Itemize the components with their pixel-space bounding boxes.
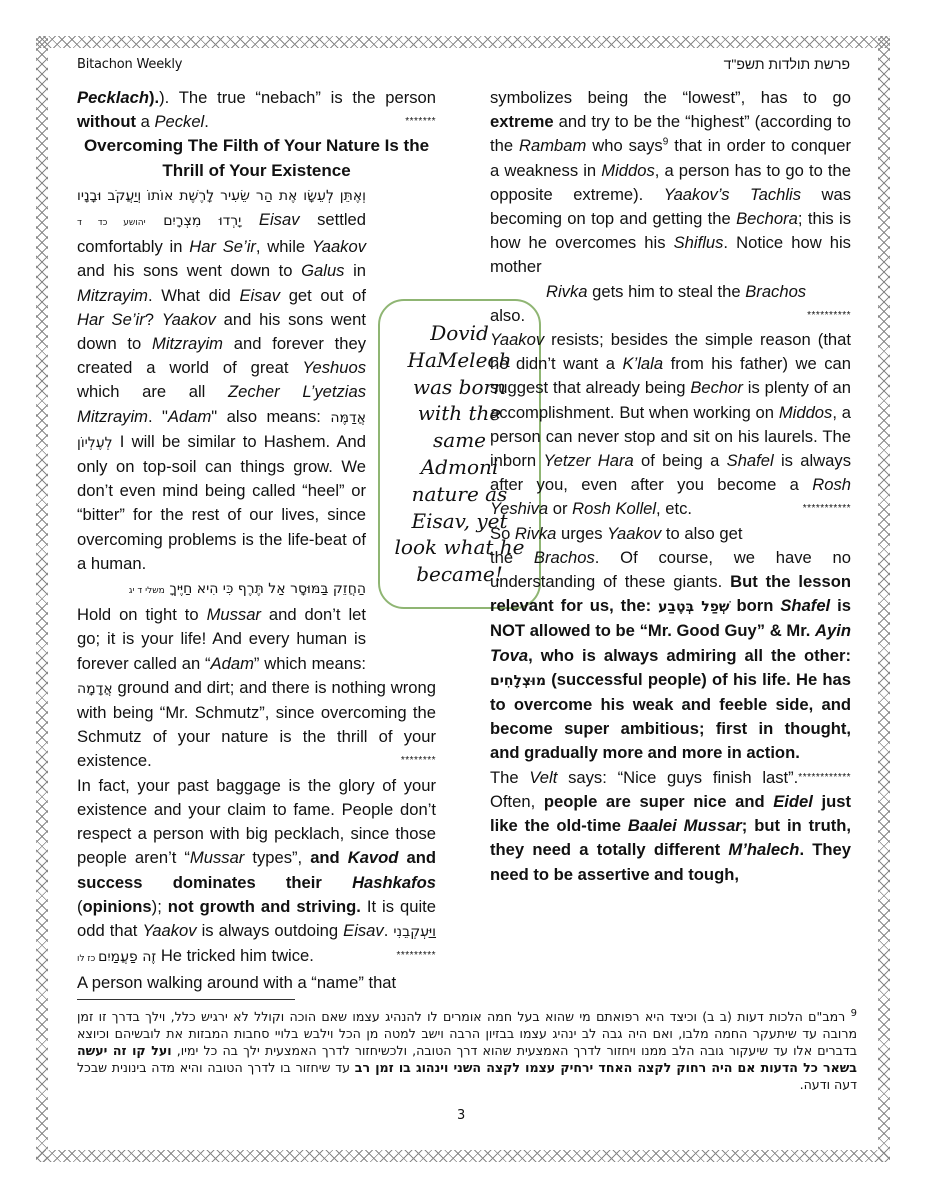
right-column: symbolizes being the “lowest”, has to go… <box>490 86 851 887</box>
page-number: 3 <box>457 1108 465 1123</box>
hebrew-source: יהושע כד ד <box>77 218 146 228</box>
section-heading: Overcoming The Filth of Your Nature Is t… <box>77 134 436 182</box>
section-separator: ******** <box>401 749 436 773</box>
section-separator: ********** <box>807 304 851 328</box>
paragraph: the Brachos. Of course, we have no under… <box>490 546 851 766</box>
section-separator: ******* <box>405 110 436 134</box>
paragraph-wrapped: Rivka gets him to steal the Brachos <box>546 280 851 304</box>
paragraph: symbolizes being the “lowest”, has to go… <box>490 86 851 280</box>
section-separator: ********* <box>396 944 436 968</box>
section-separator: *********** <box>803 497 851 521</box>
newsletter-title: Bitachon Weekly <box>77 57 182 72</box>
paragraph-wrapped: Yaakov resists; besides the simple reaso… <box>490 328 851 522</box>
parsha-title: פרשת תולדות תשפ"ד <box>724 56 850 72</box>
paragraph: Hold on tight to Mussar and don’t let go… <box>77 603 436 773</box>
footnote: 9 רמב"ם הלכות דעות (ב ב) וכיצד היא רפואת… <box>77 1008 857 1093</box>
footnote-number: 9 <box>851 1008 857 1019</box>
paragraph-wrapped: also. ********** <box>490 304 851 328</box>
hebrew-phrase: אֲדָמָה <box>77 681 113 697</box>
hebrew-phrase: מוּצְלָחִים <box>490 673 546 689</box>
paragraph: Pecklach).). The true “nebach” is the pe… <box>77 86 436 134</box>
footnote-divider <box>77 999 295 1000</box>
paragraph-wrapped: So Rivka urges Yaakov to also get <box>490 522 851 546</box>
section-separator: ************ <box>798 766 851 790</box>
hebrew-phrase: שְׁפַל בְּטֶבַע <box>658 599 729 615</box>
hebrew-source: משלי ד יג <box>129 586 165 596</box>
paragraph: The Velt says: “Nice guys finish last”. … <box>490 766 851 887</box>
hebrew-quote: הַחֲזֵק בַּמּוּסָר אַל תֶּרֶף כִּי הִיא … <box>169 581 366 597</box>
hebrew-quote-line: הַחֲזֵק בַּמּוּסָר אַל תֶּרֶף כִּי הִיא … <box>77 576 373 603</box>
rich-text: Eisav settled comfortably in Har Se’ir, … <box>77 210 366 573</box>
paragraph: A person walking around with a “name” th… <box>77 971 436 995</box>
paragraph: In fact, your past baggage is the glory … <box>77 774 436 972</box>
hebrew-source: כז לו <box>77 954 98 964</box>
